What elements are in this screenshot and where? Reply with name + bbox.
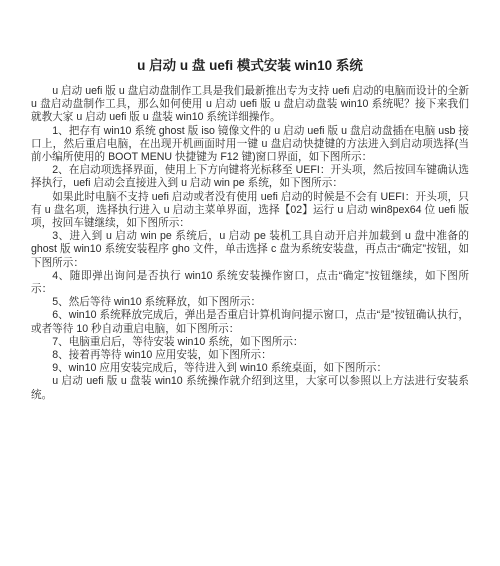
body-paragraph: 2、在启动项选择界面，使用上下方向键将光标移至 UEFI：开头项，然后按回车键确… <box>31 164 469 190</box>
document-body: u 启动 uefi 版 u 盘启动盘制作工具是我们最新推出专为支持 uefi 启… <box>31 85 469 402</box>
body-paragraph: 7、电脑重启后，等待安装 win10 系统，如下图所示： <box>31 336 469 349</box>
document-page: u 启动 u 盘 uefi 模式安装 win10 系统 u 启动 uefi 版 … <box>0 0 500 566</box>
body-paragraph: 4、随即弹出询问是否执行 win10 系统安装操作窗口，点击“确定”按钮继续，如… <box>31 270 469 296</box>
body-paragraph: u 启动 uefi 版 u 盘启动盘制作工具是我们最新推出专为支持 uefi 启… <box>31 85 469 125</box>
document-title: u 启动 u 盘 uefi 模式安装 win10 系统 <box>31 57 469 75</box>
body-paragraph: 9、win10 应用安装完成后，等待进入到 win10 系统桌面，如下图所示： <box>31 362 469 375</box>
body-paragraph: 如果此时电脑不支持 uefi 启动或者没有使用 uefi 启动的时候是不会有 U… <box>31 191 469 231</box>
body-paragraph: 1、把存有 win10 系统 ghost 版 iso 镜像文件的 u 启动 ue… <box>31 125 469 165</box>
body-paragraph: 8、接着再等待 win10 应用安装，如下图所示： <box>31 349 469 362</box>
body-paragraph: 5、然后等待 win10 系统释放，如下图所示： <box>31 296 469 309</box>
body-paragraph: 6、win10 系统释放完成后，弹出是否重启计算机询问提示窗口，点击“是”按钮确… <box>31 309 469 335</box>
body-paragraph: u 启动 uefi 版 u 盘装 win10 系统操作就介绍到这里，大家可以参照… <box>31 375 469 401</box>
body-paragraph: 3、进入到 u 启动 win pe 系统后，u 启动 pe 装机工具自动开启并加… <box>31 230 469 270</box>
